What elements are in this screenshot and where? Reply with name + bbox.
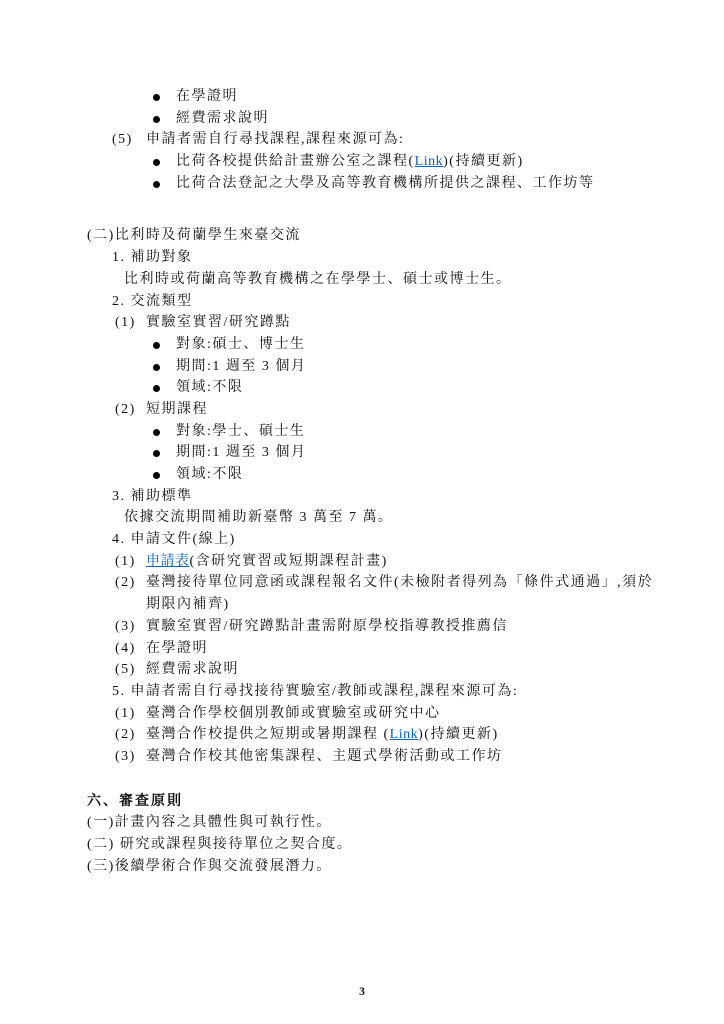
numbered-item: 5. 申請者需自行尋找接待實驗室/教師或課程,課程來源可為: [0,681,724,703]
numbered-item: 3. 補助標準 [0,486,724,508]
item-text: )(持續更新) [418,727,499,742]
sub-item: (3) 實驗室實習/研究蹲點計畫需附原學校指導教授推薦信 [0,616,724,638]
item-text: 臺灣合作學校個別教師或實驗室或研究中心 [146,706,441,721]
bullet-item: 比荷合法登記之大學及高等教育機構所提供之課程、工作坊等 [0,173,724,195]
sub-item: (5) 經費需求說明 [0,659,724,681]
bullet-item: 對象:碩士、博士生 [0,334,724,356]
paragraph: 比利時或荷蘭高等教育機構之在學學士、碩士或博士生。 [0,269,724,291]
bullet-item: 經費需求說明 [0,108,724,130]
document-content: 在學證明 經費需求說明 (5) 申請者需自行尋找課程,課程來源可為: 比荷各校提… [0,86,724,877]
section-heading: (二)比利時及荷蘭學生來臺交流 [0,225,724,247]
item-text: (含研究實習或短期課程計畫) [190,554,388,569]
item-text: 實驗室實習/研究蹲點 [146,315,291,330]
item-number: (5) [115,659,136,681]
bullet-icon [153,364,160,371]
bullet-text: 比荷各校提供給計畫辦公室之課程( [176,154,415,169]
bullet-text: 領域:不限 [176,380,243,395]
numbered-item: 2. 交流類型 [0,291,724,313]
bullet-item: 在學證明 [0,86,724,108]
sub-item: (2) 臺灣接待單位同意函或課程報名文件(未檢附者得列為「條件式通過」,須於 [0,572,724,594]
item-text: 在學證明 [146,641,208,656]
bullet-text: 期間:1 週至 3 個月 [176,359,306,374]
bullet-item: 領域:不限 [0,377,724,399]
application-form-link[interactable]: 申請表 [146,554,190,569]
bullet-text: 對象:學士、碩士生 [176,424,305,439]
sub-item: (4) 在學證明 [0,638,724,660]
item-number: (1) [115,703,136,725]
sub-item: (1) 實驗室實習/研究蹲點 [0,312,724,334]
bullet-item: 對象:學士、碩士生 [0,421,724,443]
sub-item: (2) 短期課程 [0,399,724,421]
bullet-icon [153,116,160,123]
item-text: 臺灣合作校其他密集課程、主題式學術活動或工作坊 [146,749,503,764]
item-number: (2) [115,572,136,594]
bullet-item: 期間:1 週至 3 個月 [0,356,724,378]
bullet-text: 領域:不限 [176,467,243,482]
sub-item-continuation: 期限內補齊) [0,594,724,616]
bullet-item: 期間:1 週至 3 個月 [0,442,724,464]
sub-item: (3) 臺灣合作校其他密集課程、主題式學術活動或工作坊 [0,746,724,768]
document-page: 在學證明 經費需求說明 (5) 申請者需自行尋找課程,課程來源可為: 比荷各校提… [0,0,724,1024]
bullet-text: 經費需求說明 [176,111,269,126]
sub-item: (2) 臺灣合作校提供之短期或暑期課程 (Link)(持續更新) [0,724,724,746]
section-heading: 六、審查原則 [0,791,724,813]
bullet-text: 對象:碩士、博士生 [176,337,305,352]
item-number: (3) [115,616,136,638]
bullet-icon [153,94,160,101]
item-text: 經費需求說明 [146,662,239,677]
numbered-item: 4. 申請文件(線上) [0,529,724,551]
bullet-text: )(持續更新) [443,154,524,169]
item-number: (1) [115,312,136,334]
item-number: (3) [115,746,136,768]
item-number: (4) [115,638,136,660]
course-list-link[interactable]: Link [415,154,443,169]
item-number: (2) [115,724,136,746]
bullet-icon [153,159,160,166]
bullet-icon [153,342,160,349]
sub-item: (1) 申請表(含研究實習或短期課程計畫) [0,551,724,573]
page-number: 3 [0,986,724,998]
bullet-icon [153,429,160,436]
bullet-text: 期間:1 週至 3 個月 [176,445,306,460]
numbered-item: 1. 補助對象 [0,247,724,269]
summer-course-link[interactable]: Link [390,727,418,742]
bullet-icon [153,472,160,479]
bullet-icon [153,181,160,188]
sub-item: (1) 臺灣合作學校個別教師或實驗室或研究中心 [0,703,724,725]
item-number: (1) [115,551,136,573]
bullet-text: 在學證明 [176,89,238,104]
bullet-icon [153,450,160,457]
bullet-text: 比荷合法登記之大學及高等教育機構所提供之課程、工作坊等 [176,176,595,191]
item-text: 臺灣合作校提供之短期或暑期課程 ( [146,727,390,742]
item-number: (5) [112,129,133,151]
criterion-item: (一)計畫內容之具體性與可執行性。 [0,812,724,834]
criterion-item: (二) 研究或課程與接待單位之契合度。 [0,834,724,856]
bullet-item: 比荷各校提供給計畫辦公室之課程(Link)(持續更新) [0,151,724,173]
paragraph: 依據交流期間補助新臺幣 3 萬至 7 萬。 [0,507,724,529]
numbered-item: (5) 申請者需自行尋找課程,課程來源可為: [0,129,724,151]
item-text: 實驗室實習/研究蹲點計畫需附原學校指導教授推薦信 [146,619,508,634]
item-text: 短期課程 [146,402,208,417]
item-number: (2) [115,399,136,421]
criterion-item: (三)後續學術合作與交流發展潛力。 [0,856,724,878]
bullet-icon [153,385,160,392]
item-text: 申請者需自行尋找課程,課程來源可為: [146,132,404,147]
item-text: 臺灣接待單位同意函或課程報名文件(未檢附者得列為「條件式通過」,須於 [146,575,653,590]
bullet-item: 領域:不限 [0,464,724,486]
